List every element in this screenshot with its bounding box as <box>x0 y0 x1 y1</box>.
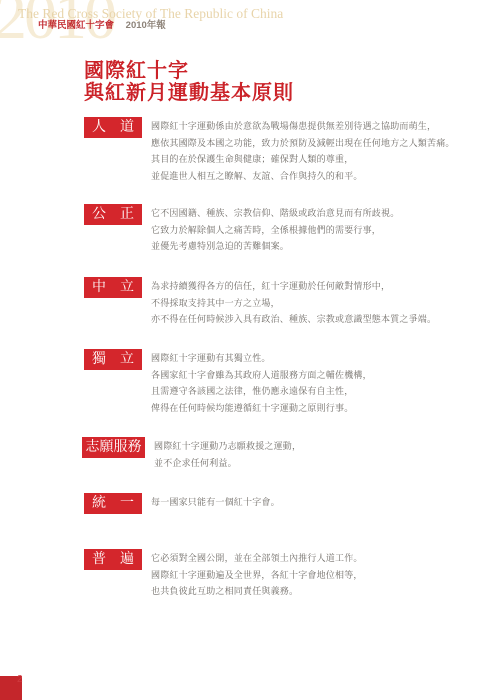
principle-label-voluntary-service: 志願服務 <box>82 437 145 458</box>
principle-neutrality: 中 立 為求持續獲得各方的信任，紅十字運動於任何敵對情形中， 不得採取支持其中一… <box>84 277 479 328</box>
principle-label-neutrality: 中 立 <box>84 277 142 298</box>
principle-unity: 統 一 每一國家只能有一個紅十字會。 <box>84 493 479 514</box>
principle-label-independence: 獨 立 <box>84 349 142 370</box>
principle-text-line: 它不因國籍、種族、宗教信仰、階級或政治意見而有所歧視。 <box>151 205 399 222</box>
principle-text-line: 每一國家只能有一個紅十字會。 <box>151 494 280 511</box>
report-page: 2010 The Red Cross Society of The Republ… <box>0 0 495 700</box>
organization-name: 中華民國紅十字會 <box>38 20 114 31</box>
principle-text: 它必須對全國公開，並在全部領土內推行人道工作。 國際紅十字運動遍及全世界，各紅十… <box>151 549 363 600</box>
page-number: 2 <box>17 674 23 685</box>
principle-text: 為求持續獲得各方的信任，紅十字運動於任何敵對情形中， 不得採取支持其中一方之立場… <box>151 277 436 328</box>
principle-text-line: 並優先考慮特別急迫的苦難個案。 <box>151 238 399 255</box>
page-title-line2: 與紅新月運動基本原則 <box>84 82 294 104</box>
principle-text-line: 國際紅十字運動有其獨立性。 <box>151 350 372 367</box>
principle-text-line: 俾得在任何時候均能遵循紅十字運動之原則行事。 <box>151 400 372 417</box>
principle-text-line: 國際紅十字運動乃志願救援之運動， <box>154 438 301 455</box>
page-title: 國際紅十字 與紅新月運動基本原則 <box>84 60 294 104</box>
principle-label-humanity: 人 道 <box>84 117 142 138</box>
principle-text-line: 亦不得在任何時候涉入具有政治、種族、宗教或意識型態本質之爭端。 <box>151 311 436 328</box>
principle-text: 每一國家只能有一個紅十字會。 <box>151 493 280 511</box>
principle-text-line: 不得採取支持其中一方之立場， <box>151 295 436 312</box>
principle-text: 它不因國籍、種族、宗教信仰、階級或政治意見而有所歧視。 它致力於解除個人之痛苦時… <box>151 204 399 255</box>
principle-text: 國際紅十字運動有其獨立性。 各國家紅十字會雖為其政府人道服務方面之輔佐機構， 且… <box>151 349 372 416</box>
principle-text: 國際紅十字運動乃志願救援之運動， 並不企求任何利益。 <box>154 437 301 471</box>
principle-humanity: 人 道 國際紅十字運動係由於意欲為戰場傷患提供無差別待遇之協助而萌生， 應依其國… <box>84 117 479 184</box>
principle-label-universality: 普 遍 <box>84 549 142 570</box>
chinese-header: 中華民國紅十字會 2010年報 <box>38 17 166 31</box>
principle-text-line: 它必須對全國公開，並在全部領土內推行人道工作。 <box>151 550 363 567</box>
principle-voluntary-service: 志願服務 國際紅十字運動乃志願救援之運動， 並不企求任何利益。 <box>84 437 479 471</box>
principle-text-line: 且需遵守各該國之法律，惟仍應永遠保有自主性， <box>151 383 372 400</box>
principle-label-unity: 統 一 <box>84 493 142 514</box>
principle-label-impartiality: 公 正 <box>84 204 142 225</box>
page-title-line1: 國際紅十字 <box>84 60 294 82</box>
principle-text-line: 為求持續獲得各方的信任，紅十字運動於任何敵對情形中， <box>151 278 436 295</box>
principle-text-line: 國際紅十字運動係由於意欲為戰場傷患提供無差別待遇之協助而萌生， <box>151 118 455 135</box>
principle-text: 國際紅十字運動係由於意欲為戰場傷患提供無差別待遇之協助而萌生， 應依其國際及本國… <box>151 117 455 184</box>
annual-report-year: 2010年報 <box>126 20 166 31</box>
principle-text-line: 也共負彼此互助之相同責任與義務。 <box>151 583 363 600</box>
principle-impartiality: 公 正 它不因國籍、種族、宗教信仰、階級或政治意見而有所歧視。 它致力於解除個人… <box>84 204 479 255</box>
principle-text-line: 各國家紅十字會雖為其政府人道服務方面之輔佐機構， <box>151 367 372 384</box>
principle-text-line: 其目的在於保護生命與健康；確保對人類的尊重， <box>151 151 455 168</box>
principle-text-line: 並不企求任何利益。 <box>154 455 301 472</box>
principle-independence: 獨 立 國際紅十字運動有其獨立性。 各國家紅十字會雖為其政府人道服務方面之輔佐機… <box>84 349 479 416</box>
principle-text-line: 它致力於解除個人之痛苦時，全係根據他們的需要行事， <box>151 222 399 239</box>
principle-universality: 普 遍 它必須對全國公開，並在全部領土內推行人道工作。 國際紅十字運動遍及全世界… <box>84 549 479 600</box>
principle-text-line: 並促進世人相互之瞭解、友誼、合作與持久的和平。 <box>151 168 455 185</box>
principle-text-line: 國際紅十字運動遍及全世界，各紅十字會地位相等， <box>151 567 363 584</box>
principle-text-line: 應依其國際及本國之功能，致力於預防及減輕出現在任何地方之人類苦痛。 <box>151 135 455 152</box>
